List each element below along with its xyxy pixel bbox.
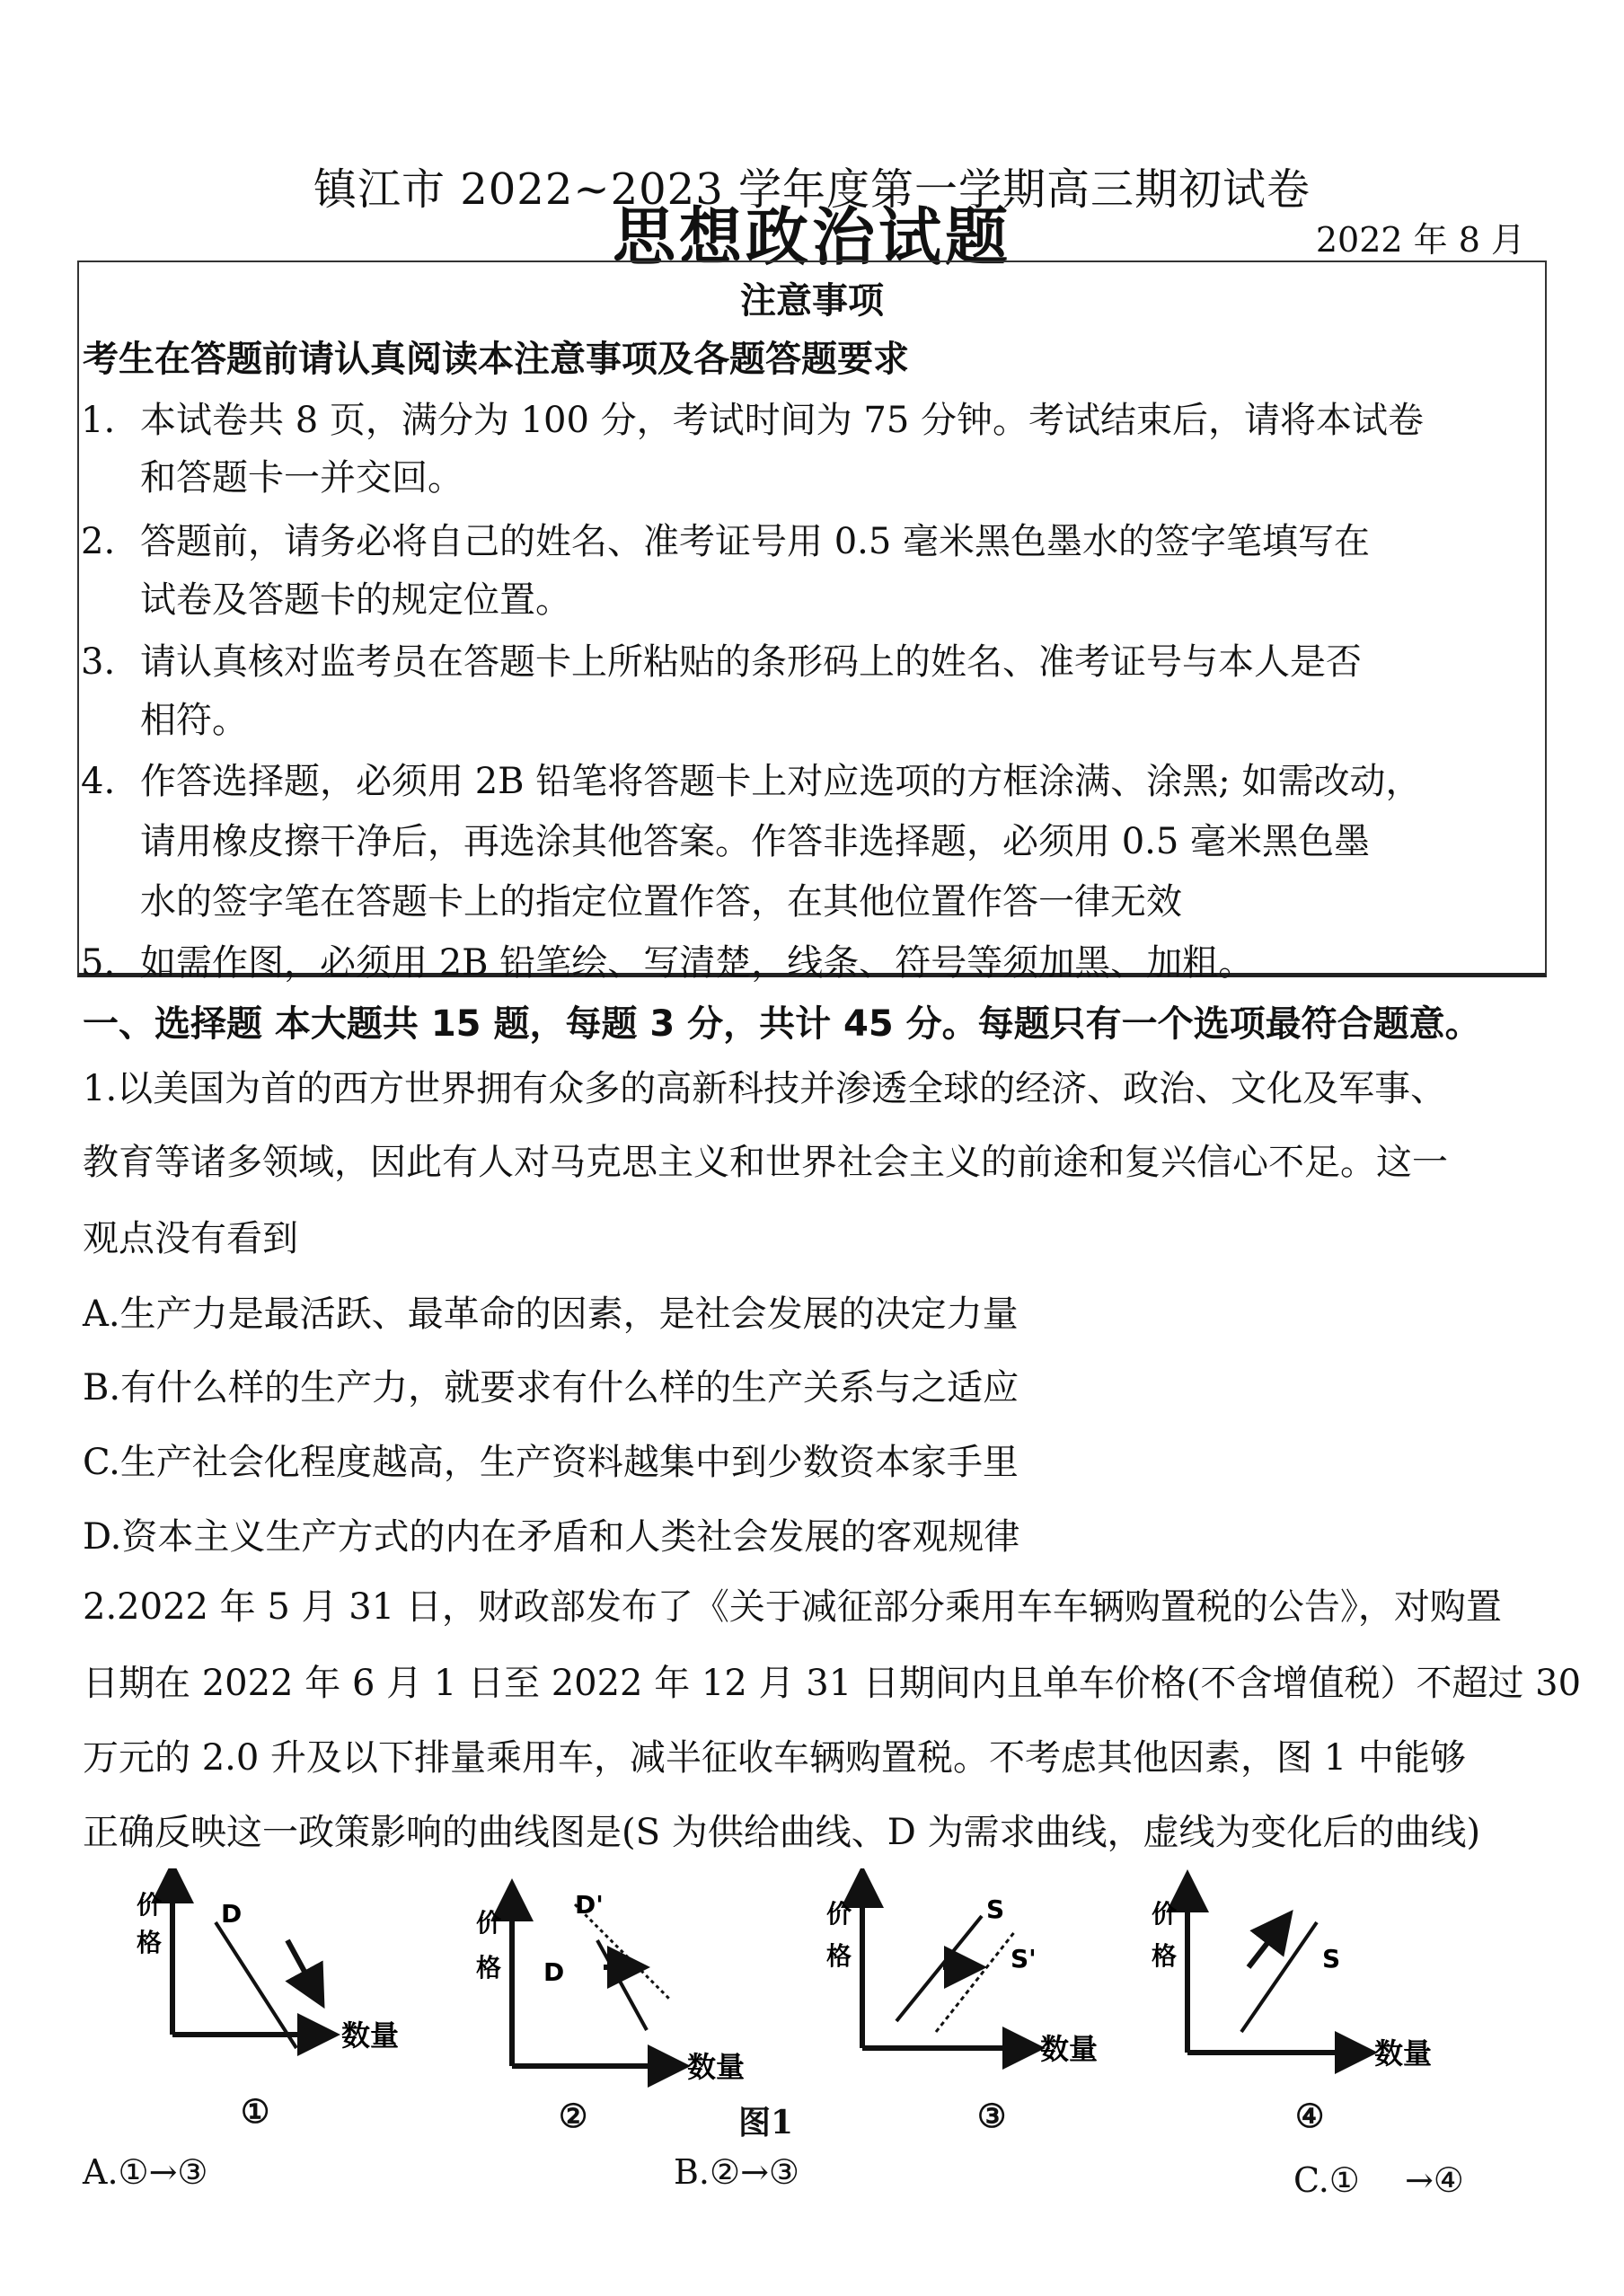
q1-option-d: D.资本主义生产方式的内在矛盾和人类社会发展的客观规律 [83, 1508, 1019, 1559]
notice-item-3: 3.请认真核对监考员在答题卡上所粘贴的条形码上的姓名、准考证号与本人是否 [81, 633, 1362, 684]
notice-item-1-cont: 和答题卡一并交回。 [140, 449, 463, 500]
svg-text:D': D' [575, 1890, 604, 1920]
svg-text:S: S [1322, 1944, 1340, 1974]
q1-stem-line-2: 教育等诸多领域，因此有人对马克思主义和世界社会主义的前途和复兴信心不足。这一 [83, 1134, 1448, 1185]
notice-item-4: 4.作答选择题，必须用 2B 铅笔将答题卡上对应选项的方框涂满、涂黑; 如需改动… [81, 753, 1421, 804]
notice-item-4-cont-2: 水的签字笔在答题卡上的指定位置作答，在其他位置作答一律无效 [140, 873, 1182, 924]
panel-4-label: ④ [1295, 2097, 1324, 2135]
panel-4-supply-graph: 价 格 数量 S [1152, 1891, 1432, 2071]
panel-3-label: ③ [977, 2097, 1006, 2135]
svg-text:S: S [986, 1894, 1004, 1924]
q1-stem-line-1: 1.以美国为首的西方世界拥有众多的高新科技并渗透全球的经济、政治、文化及军事、 [83, 1060, 1446, 1111]
panel-2-demand-shift-graph: 价 格 数量 D D' [476, 1890, 745, 2084]
q2-option-b: B.②→③ [674, 2152, 799, 2192]
svg-text:格: 格 [137, 1928, 162, 1957]
exam-date: 2022 年 8 月 [1316, 212, 1525, 261]
q2-stem-line-2: 日期在 2022 年 6 月 1 日至 2022 年 12 月 31 日期间内且… [83, 1655, 1581, 1706]
q2-option-a: A.①→③ [83, 2152, 208, 2192]
notice-item-3-cont: 相符。 [140, 692, 248, 743]
svg-text:D: D [221, 1899, 242, 1929]
section-heading: 一、选择题 本大题共 15 题，每题 3 分，共计 45 分。每题只有一个选项最… [83, 995, 1481, 1046]
panel-1-label: ① [241, 2093, 269, 2131]
panel-1-demand-graph: 价 格 数量 D [137, 1882, 399, 2053]
q1-option-c: C.生产社会化程度越高，生产资料越集中到少数资本家手里 [83, 1434, 1019, 1485]
notice-item-2-cont: 试卷及答题卡的规定位置。 [140, 571, 571, 623]
panel-3-supply-shift-graph: 价 格 数量 S S' [826, 1886, 1098, 2066]
svg-text:S': S' [1011, 1944, 1037, 1974]
notice-item-2: 2.答题前，请务必将自己的姓名、准考证号用 0.5 毫米黑色墨水的签字笔填写在 [81, 513, 1370, 564]
notice-title: 注意事项 [0, 272, 1624, 323]
svg-text:数量: 数量 [341, 2018, 399, 2053]
notice-item-4-cont-1: 请用橡皮擦干净后，再选涂其他答案。作答非选择题，必须用 0.5 毫米黑色墨 [140, 813, 1370, 864]
figure-caption: 图1 [738, 2097, 793, 2143]
svg-text:价: 价 [1152, 1899, 1177, 1929]
q1-stem-line-3: 观点没有看到 [83, 1210, 298, 1261]
notice-item-1: 1.本试卷共 8 页，满分为 100 分，考试时间为 75 分钟。考试结束后，请… [81, 392, 1424, 443]
svg-text:价: 价 [137, 1890, 162, 1920]
svg-text:格: 格 [826, 1941, 852, 1971]
panel-2-label: ② [559, 2097, 587, 2135]
notice-item-5: 5.如需作图，必须用 2B 铅笔绘、写清楚，线条、符号等须加黑、加粗。 [81, 934, 1254, 985]
q2-stem-line-1: 2.2022 年 5 月 31 日，财政部发布了《关于减征部分乘用车车辆购置税的… [83, 1578, 1502, 1629]
q2-option-c: C.① →④ [1293, 2152, 1464, 2202]
svg-text:数量: 数量 [687, 2050, 745, 2084]
q2-stem-line-4: 正确反映这一政策影响的曲线图是(S 为供给曲线、D 为需求曲线，虚线为变化后的曲… [83, 1804, 1480, 1855]
svg-text:数量: 数量 [1374, 2036, 1432, 2071]
q1-option-a: A.生产力是最活跃、最革命的因素，是社会发展的决定力量 [83, 1285, 1019, 1337]
q1-option-b: B.有什么样的生产力，就要求有什么样的生产关系与之适应 [83, 1359, 1019, 1410]
svg-text:数量: 数量 [1040, 2032, 1098, 2066]
svg-text:格: 格 [476, 1953, 501, 1983]
q2-stem-line-3: 万元的 2.0 升及以下排量乘用车，减半征收车辆购置税。不考虑其他因素，图 1 … [83, 1729, 1466, 1780]
svg-text:D: D [543, 1957, 564, 1987]
svg-text:价: 价 [826, 1899, 852, 1929]
svg-text:价: 价 [476, 1908, 501, 1938]
notice-lead: 考生在答题前请认真阅读本注意事项及各题答题要求 [83, 331, 909, 382]
svg-text:格: 格 [1152, 1941, 1177, 1971]
